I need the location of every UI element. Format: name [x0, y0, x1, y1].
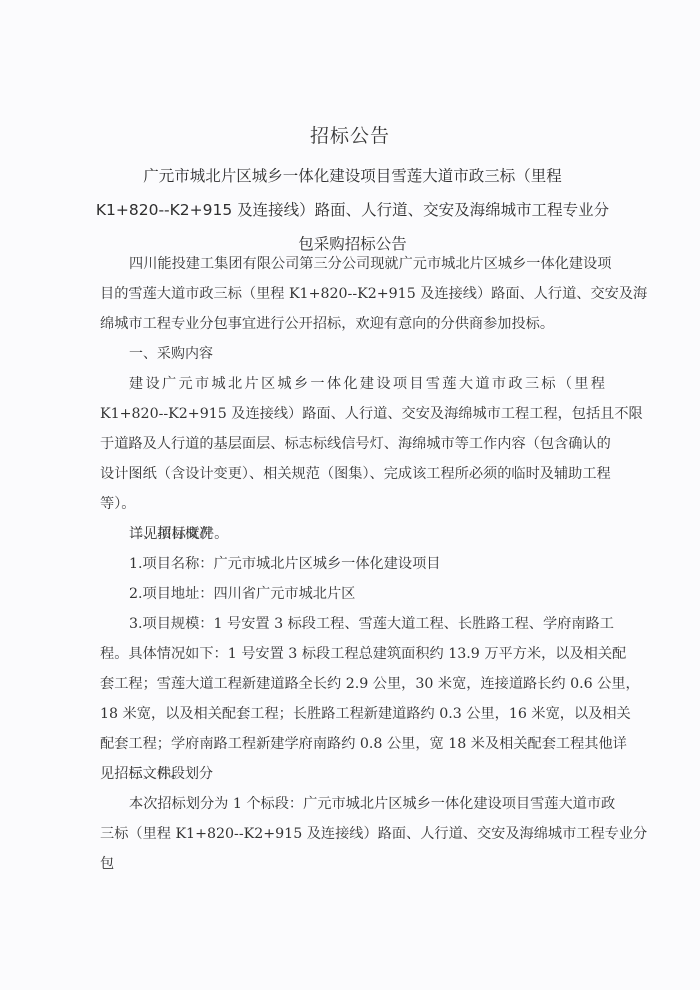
paragraph-line: 本次招标划分为 1 个标段：广元市城北片区城乡一体化建设项目雪莲大道市政	[100, 789, 605, 819]
section-heading: 二、项目概况	[100, 519, 605, 549]
project-address: 2.项目地址：四川省广元市城北片区	[100, 579, 605, 609]
paragraph-line: 于道路及人行道的基层面层、标志标线信号灯、海绵城市等工作内容（包含确认的	[100, 429, 605, 459]
section-procurement-content: 一、采购内容 建设广元市城北片区城乡一体化建设项目雪莲大道市政三标（里程 K1+…	[100, 339, 605, 549]
subtitle-line: K1+820--K2+915 及连接线）路面、人行道、交安及海绵城市工程专业分	[95, 193, 610, 227]
paragraph-line: 建设广元市城北片区城乡一体化建设项目雪莲大道市政三标（里程	[100, 369, 605, 399]
paragraph-line: 四川能投建工集团有限公司第三分公司现就广元市城北片区城乡一体化建设项	[100, 249, 605, 279]
document-page: 招标公告 广元市城北片区城乡一体化建设项目雪莲大道市政三标（里程 K1+820-…	[0, 0, 700, 990]
project-name: 1.项目名称：广元市城北片区城乡一体化建设项目	[100, 549, 605, 579]
section-lot-division: 三、标段划分 本次招标划分为 1 个标段：广元市城北片区城乡一体化建设项目雪莲大…	[100, 759, 605, 879]
paragraph-line: 三标（里程 K1+820--K2+915 及连接线）路面、人行道、交安及海绵城市…	[100, 819, 605, 849]
paragraph-line: 套工程；雪莲大道工程新建道路全长约 2.9 公里，30 米宽，连接道路长约 0.…	[100, 669, 605, 699]
paragraph-line: 3.项目规模：1 号安置 3 标段工程、雪莲大道工程、长胜路工程、学府南路工	[100, 609, 605, 639]
document-title: 招标公告	[0, 121, 700, 148]
subtitle-line: 广元市城北片区城乡一体化建设项目雪莲大道市政三标（里程	[95, 159, 610, 193]
document-subtitle: 广元市城北片区城乡一体化建设项目雪莲大道市政三标（里程 K1+820--K2+9…	[95, 159, 610, 261]
section-project-overview: 二、项目概况 1.项目名称：广元市城北片区城乡一体化建设项目 2.项目地址：四川…	[100, 519, 605, 789]
paragraph-line: 配套工程；学府南路工程新建学府南路约 0.8 公里，宽 18 米及相关配套工程其…	[100, 729, 605, 759]
paragraph-line: 等）。	[100, 489, 605, 519]
section-heading: 一、采购内容	[100, 339, 605, 369]
paragraph-line: 18 米宽，以及相关配套工程；长胜路工程新建道路约 0.3 公里，16 米宽，以…	[100, 699, 605, 729]
intro-paragraph: 四川能投建工集团有限公司第三分公司现就广元市城北片区城乡一体化建设项 目的雪莲大…	[100, 249, 605, 339]
section-heading: 三、标段划分	[100, 759, 605, 789]
paragraph-line: 绵城市工程专业分包事宜进行公开招标，欢迎有意向的分供商参加投标。	[100, 309, 605, 339]
paragraph-line: 程。具体情况如下：1 号安置 3 标段工程总建筑面积约 13.9 万平方米，以及…	[100, 639, 605, 669]
paragraph-line: K1+820--K2+915 及连接线）路面、人行道、交安及海绵城市工程工程，包…	[100, 399, 605, 429]
paragraph-line: 包	[100, 849, 605, 879]
paragraph-line: 目的雪莲大道市政三标（里程 K1+820--K2+915 及连接线）路面、人行道…	[100, 279, 605, 309]
paragraph-line: 设计图纸（含设计变更）、相关规范（图集）、完成该工程所必须的临时及辅助工程	[100, 459, 605, 489]
